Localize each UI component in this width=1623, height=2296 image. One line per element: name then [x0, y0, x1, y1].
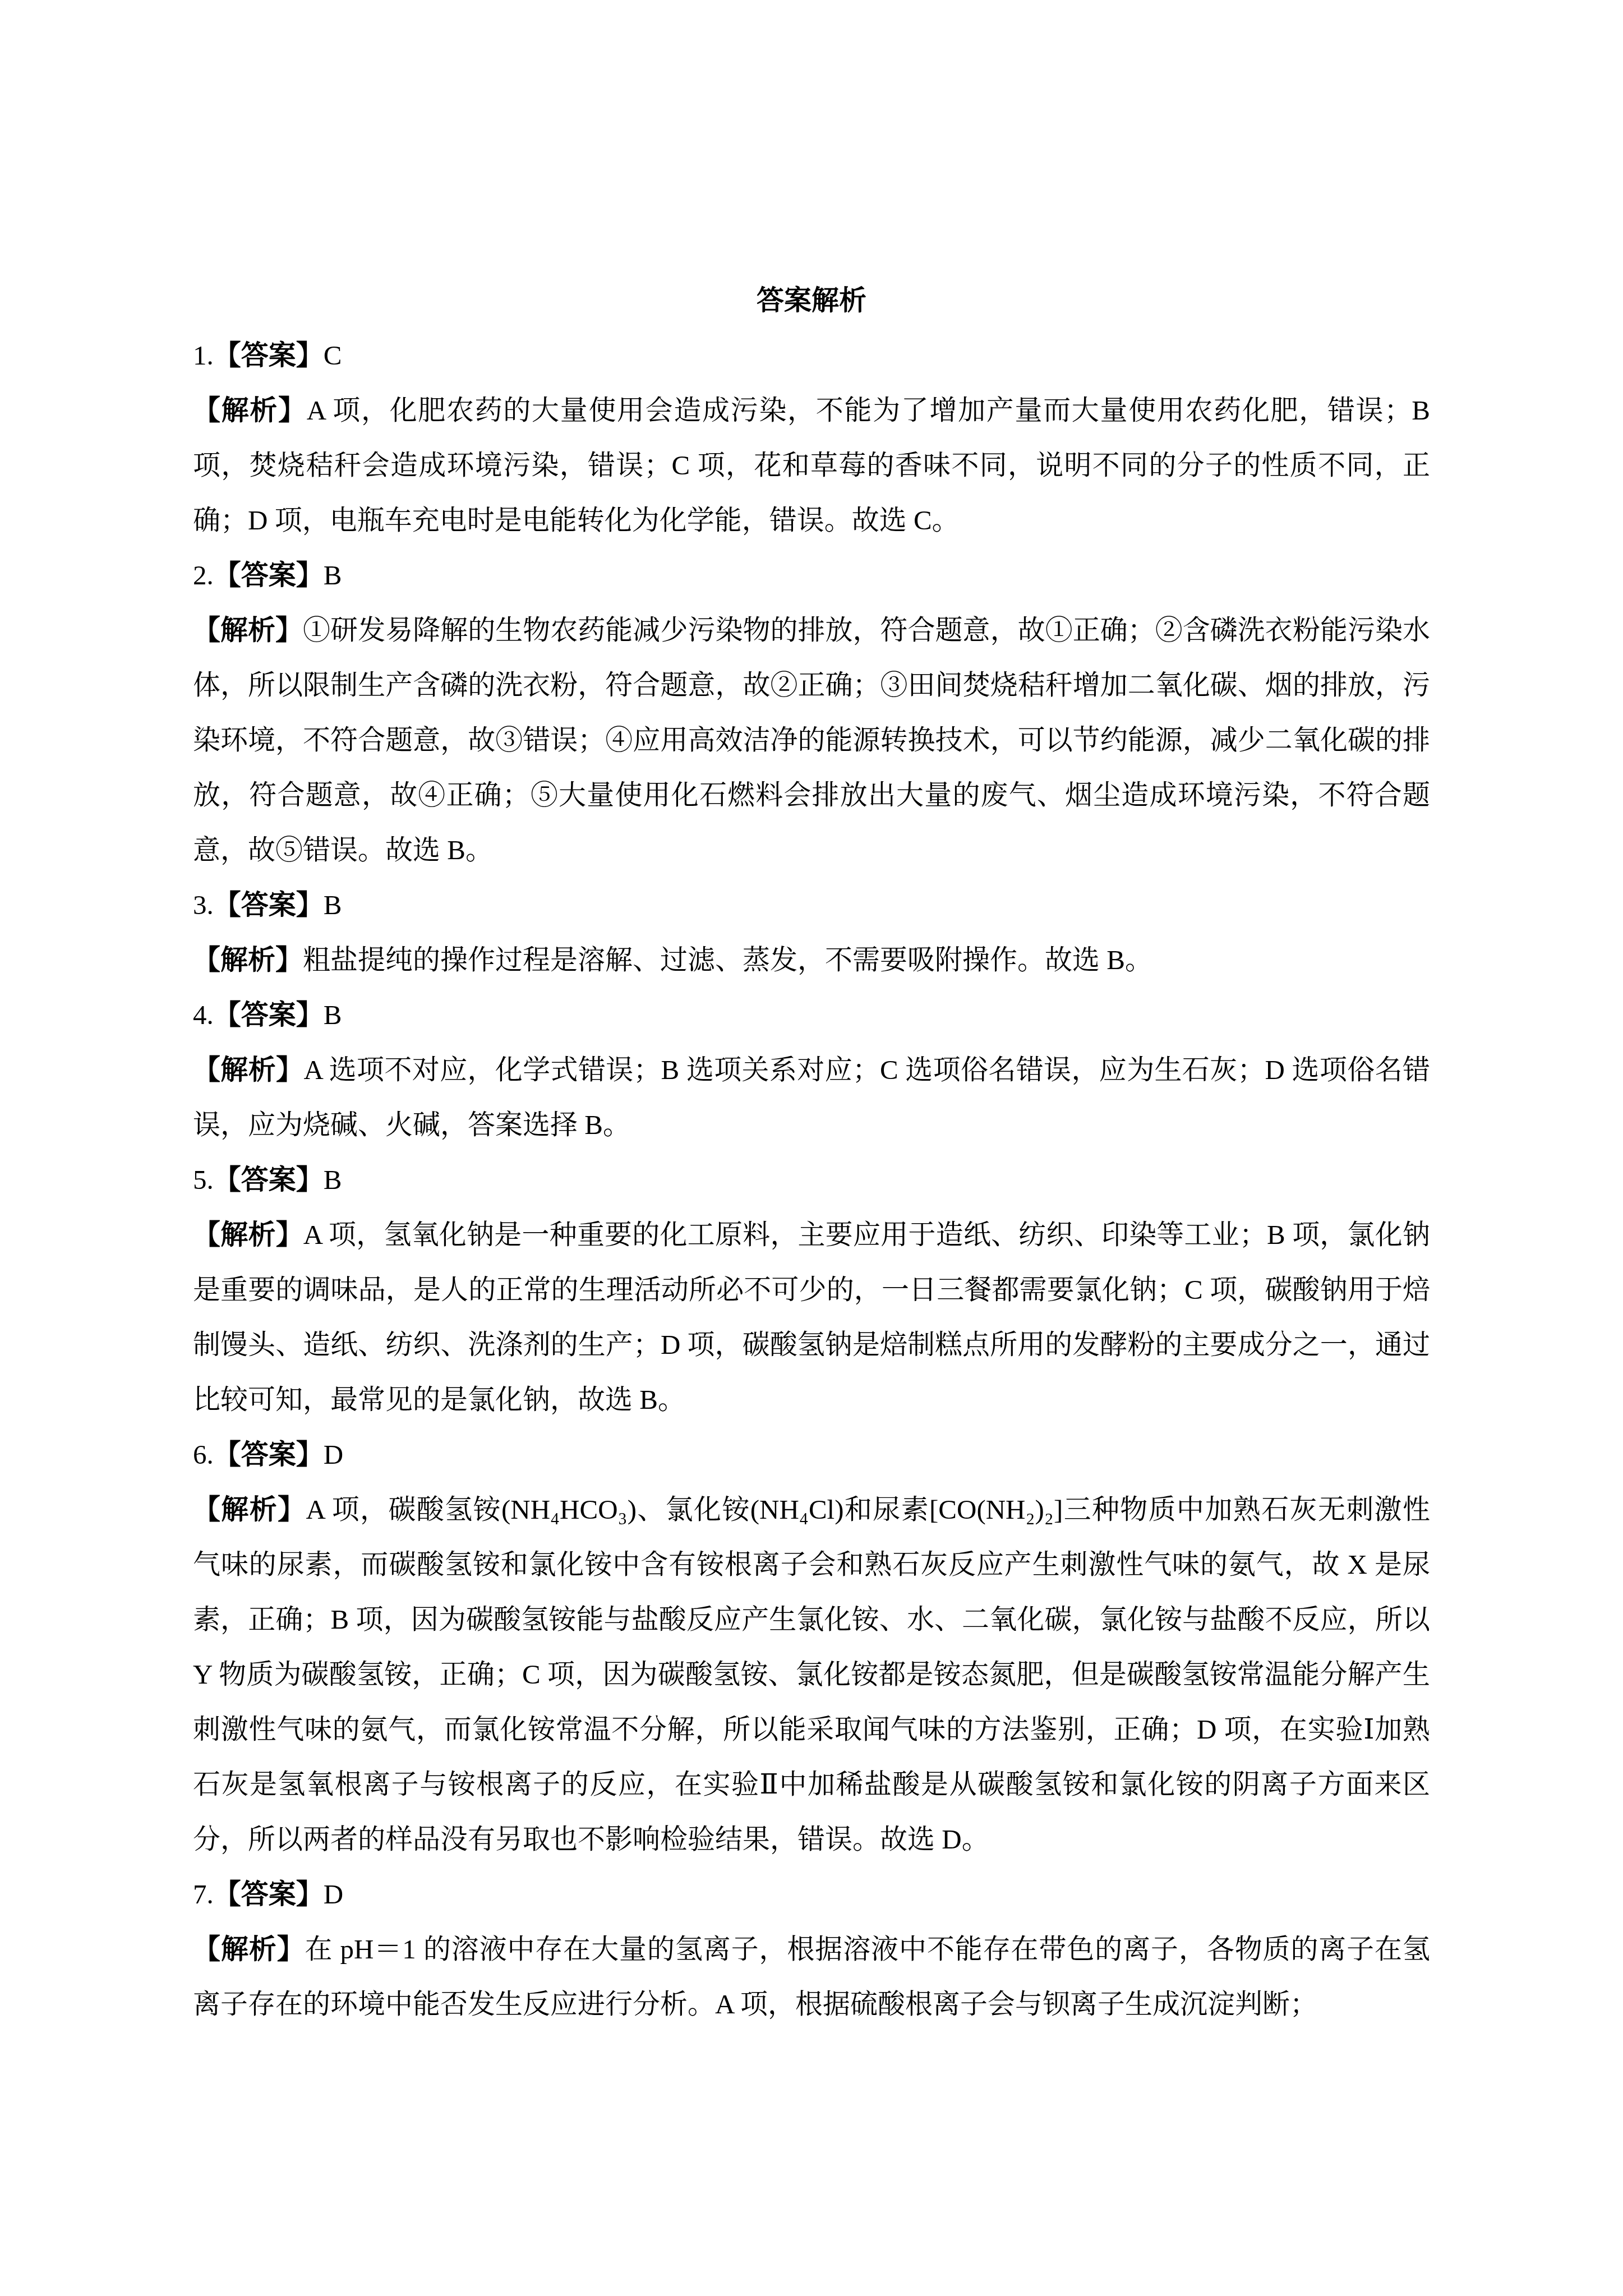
- analysis-tag: 【解析】: [193, 1934, 305, 1965]
- analysis-tag: 【解析】: [193, 1219, 303, 1250]
- answer-tag: 【答案】: [214, 1879, 324, 1910]
- answer-tag: 【答案】: [214, 340, 324, 371]
- answer-value: C: [324, 340, 342, 371]
- question-block-5: 5.【答案】B 【解析】A 项，氢氧化钠是一种重要的化工原料，主要应用于造纸、纺…: [193, 1152, 1430, 1427]
- answer-line: 6.【答案】D: [193, 1427, 1430, 1482]
- question-block-1: 1.【答案】C 【解析】A 项，化肥农药的大量使用会造成污染，不能为了增加产量而…: [193, 328, 1430, 548]
- question-block-7: 7.【答案】D 【解析】在 pH＝1 的溶液中存在大量的氢离子，根据溶液中不能存…: [193, 1867, 1430, 2032]
- analysis-text: 粗盐提纯的操作过程是溶解、过滤、蒸发，不需要吸附操作。故选 B。: [303, 944, 1152, 975]
- analysis-text: A 项，碳酸氢铵(NH₄HCO₃)、氯化铵(NH₄Cl)和尿素[CO(NH₂)₂…: [193, 1494, 1430, 1855]
- answer-value: D: [324, 1879, 343, 1910]
- analysis-tag: 【解析】: [193, 615, 303, 646]
- answer-value: D: [324, 1439, 343, 1470]
- answer-line: 2.【答案】B: [193, 548, 1430, 603]
- analysis-paragraph: 【解析】粗盐提纯的操作过程是溶解、过滤、蒸发，不需要吸附操作。故选 B。: [193, 933, 1430, 988]
- analysis-text: A 项，氢氧化钠是一种重要的化工原料，主要应用于造纸、纺织、印染等工业；B 项，…: [193, 1219, 1430, 1415]
- answer-value: B: [324, 560, 342, 591]
- analysis-text: A 选项不对应，化学式错误；B 选项关系对应；C 选项俗名错误，应为生石灰；D …: [193, 1054, 1430, 1140]
- question-number: 3.: [193, 889, 214, 920]
- analysis-text: ①研发易降解的生物农药能减少污染物的排放，符合题意，故①正确；②含磷洗衣粉能污染…: [193, 615, 1430, 865]
- analysis-tag: 【解析】: [193, 395, 307, 426]
- answer-value: B: [324, 1164, 342, 1195]
- page-title: 答案解析: [193, 273, 1430, 328]
- answer-tag: 【答案】: [214, 1439, 324, 1470]
- answer-line: 5.【答案】B: [193, 1152, 1430, 1207]
- answer-tag: 【答案】: [214, 999, 324, 1030]
- answer-tag: 【答案】: [214, 560, 324, 591]
- question-block-3: 3.【答案】B 【解析】粗盐提纯的操作过程是溶解、过滤、蒸发，不需要吸附操作。故…: [193, 878, 1430, 988]
- analysis-text: A 项，化肥农药的大量使用会造成污染，不能为了增加产量而大量使用农药化肥，错误；…: [193, 395, 1430, 536]
- question-number: 4.: [193, 999, 214, 1030]
- question-number: 7.: [193, 1879, 214, 1910]
- question-number: 6.: [193, 1439, 214, 1470]
- analysis-paragraph: 【解析】A 项，氢氧化钠是一种重要的化工原料，主要应用于造纸、纺织、印染等工业；…: [193, 1207, 1430, 1427]
- analysis-paragraph: 【解析】A 选项不对应，化学式错误；B 选项关系对应；C 选项俗名错误，应为生石…: [193, 1043, 1430, 1152]
- question-block-4: 4.【答案】B 【解析】A 选项不对应，化学式错误；B 选项关系对应；C 选项俗…: [193, 988, 1430, 1152]
- answer-line: 1.【答案】C: [193, 328, 1430, 383]
- question-block-6: 6.【答案】D 【解析】A 项，碳酸氢铵(NH₄HCO₃)、氯化铵(NH₄Cl)…: [193, 1427, 1430, 1867]
- analysis-paragraph: 【解析】在 pH＝1 的溶液中存在大量的氢离子，根据溶液中不能存在带色的离子，各…: [193, 1922, 1430, 2032]
- question-block-2: 2.【答案】B 【解析】①研发易降解的生物农药能减少污染物的排放，符合题意，故①…: [193, 548, 1430, 878]
- answer-tag: 【答案】: [214, 889, 324, 920]
- answer-line: 4.【答案】B: [193, 988, 1430, 1043]
- analysis-tag: 【解析】: [193, 944, 303, 975]
- question-number: 1.: [193, 340, 214, 371]
- analysis-tag: 【解析】: [193, 1494, 306, 1525]
- document-page: 答案解析 1.【答案】C 【解析】A 项，化肥农药的大量使用会造成污染，不能为了…: [193, 273, 1430, 2032]
- analysis-tag: 【解析】: [193, 1054, 303, 1085]
- answer-value: B: [324, 999, 342, 1030]
- question-number: 2.: [193, 560, 214, 591]
- answer-line: 3.【答案】B: [193, 878, 1430, 933]
- analysis-paragraph: 【解析】①研发易降解的生物农药能减少污染物的排放，符合题意，故①正确；②含磷洗衣…: [193, 603, 1430, 878]
- analysis-paragraph: 【解析】A 项，化肥农药的大量使用会造成污染，不能为了增加产量而大量使用农药化肥…: [193, 383, 1430, 548]
- answer-value: B: [324, 889, 342, 920]
- analysis-paragraph: 【解析】A 项，碳酸氢铵(NH₄HCO₃)、氯化铵(NH₄Cl)和尿素[CO(N…: [193, 1482, 1430, 1867]
- question-number: 5.: [193, 1164, 214, 1195]
- answer-tag: 【答案】: [214, 1164, 324, 1195]
- analysis-text: 在 pH＝1 的溶液中存在大量的氢离子，根据溶液中不能存在带色的离子，各物质的离…: [193, 1934, 1430, 2020]
- answer-line: 7.【答案】D: [193, 1867, 1430, 1922]
